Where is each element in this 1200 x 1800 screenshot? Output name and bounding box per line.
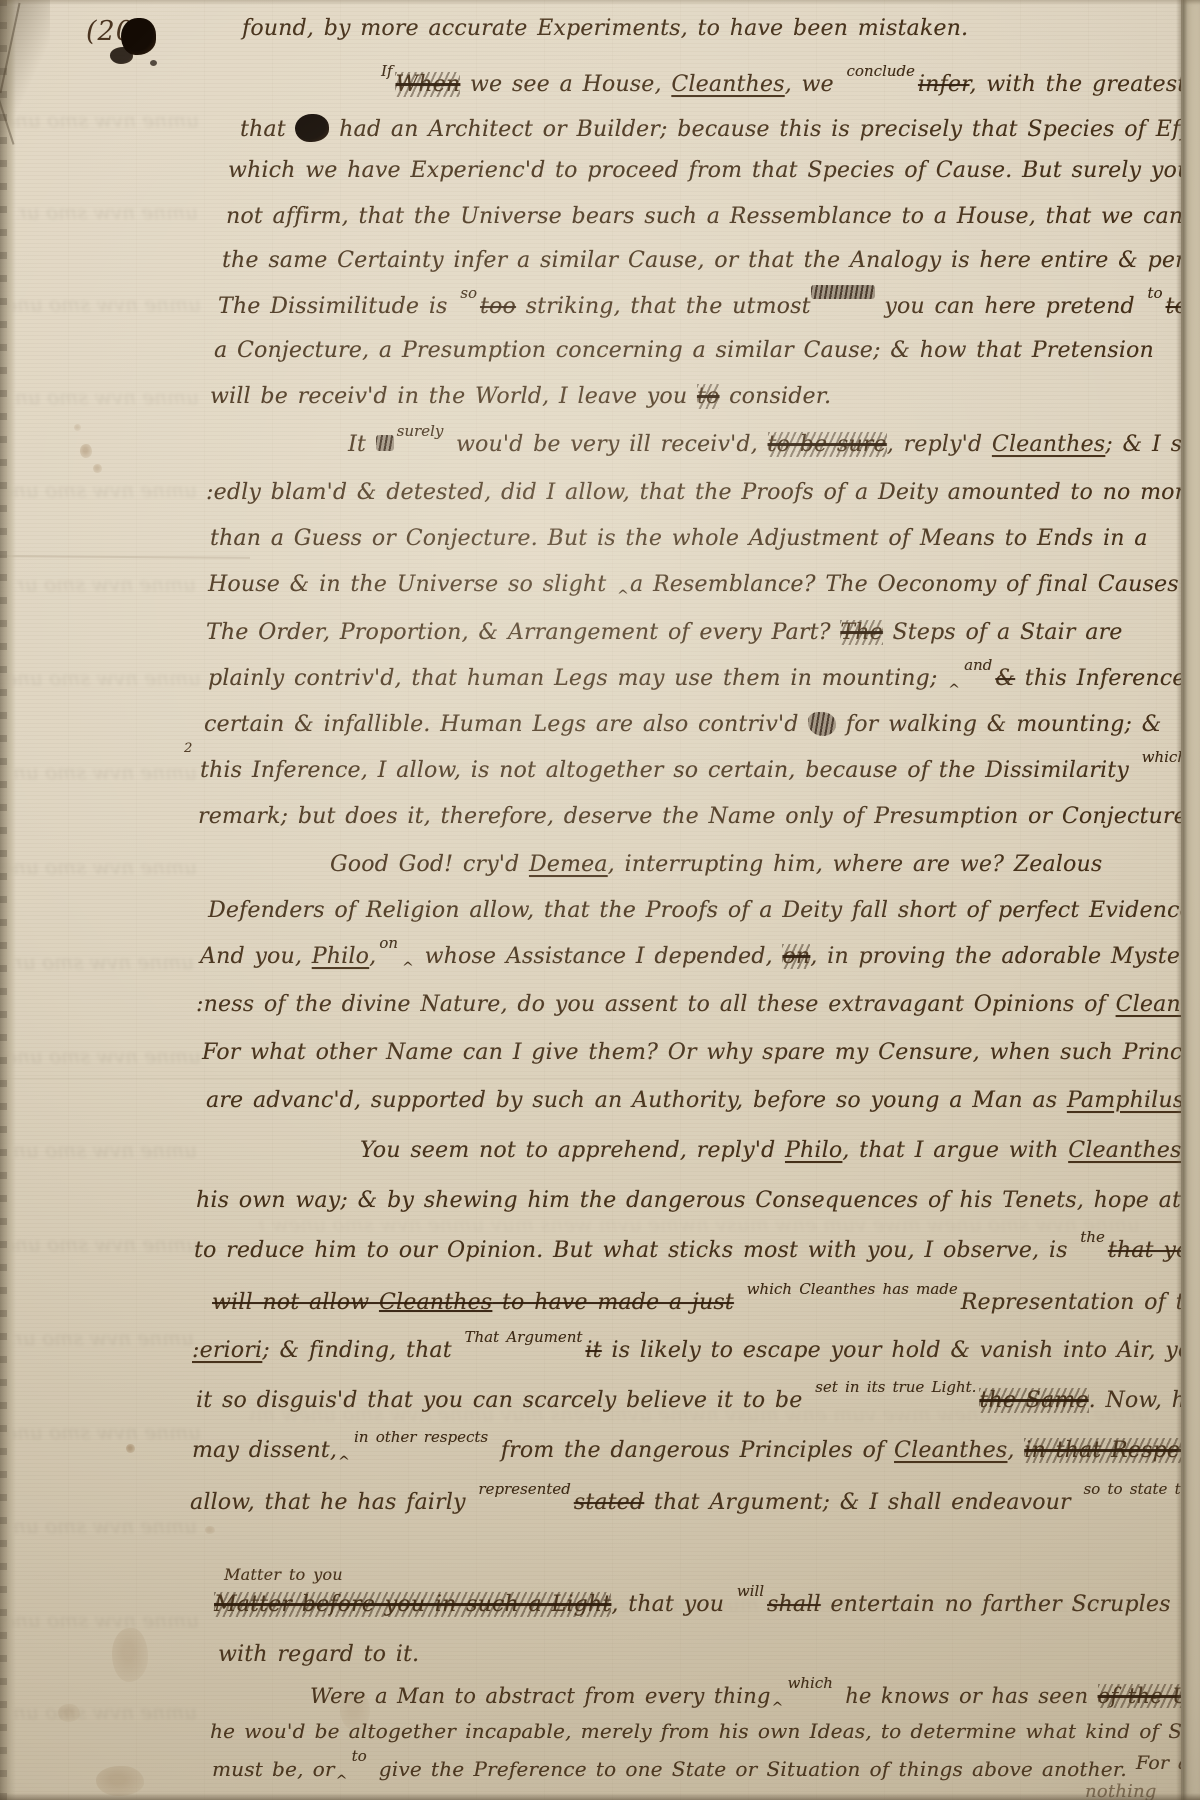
text-segment: The Order, Proportion, & Arrangement of …: [206, 620, 840, 645]
page-top-edge: [0, 0, 1200, 5]
struck-text: shall: [767, 1592, 821, 1617]
text-line: not affirm, that the Universe bears such…: [226, 204, 1200, 229]
interlinear-insertion: so: [460, 284, 477, 302]
text-segment: Defenders of Religion allow, that the Pr…: [208, 898, 1200, 923]
text-segment: For what other Name can I give them? Or …: [202, 1040, 1200, 1065]
text-line: Matter to you: [224, 1566, 343, 1584]
text-segment: that: [240, 117, 295, 142]
manuscript-page: umne nvw smo unew mwe vum enw musv nwme …: [0, 0, 1200, 1800]
text-line: Matter before you in such a Light, that …: [214, 1592, 1171, 1617]
text-line: that had an Architect or Builder; becaus…: [240, 114, 1200, 142]
ink-scribble: [808, 712, 836, 736]
text-segment: It: [348, 432, 376, 457]
struck-text: the Same: [979, 1388, 1088, 1413]
text-segment: :ness of the divine Nature, do you assen…: [196, 992, 1116, 1017]
text-segment: House & in the Universe so slight: [208, 572, 616, 597]
interlinear-insertion: conclude: [846, 62, 914, 80]
struck-text: infer: [918, 72, 969, 97]
text-line: The Dissimilitude is sotoo striking, tha…: [218, 294, 1200, 319]
interlinear-insertion: represented: [478, 1480, 570, 1498]
text-line: will be receiv'd in the World, I leave y…: [210, 384, 831, 409]
text-segment: , we: [785, 72, 844, 97]
text-line: this Inference, I allow, is not altogeth…: [200, 758, 1200, 783]
text-segment: wou'd be very ill receiv'd,: [446, 432, 767, 457]
text-segment: whose Assistance I depended,: [415, 944, 783, 969]
underlined-name: Cleanthes: [894, 1438, 1007, 1463]
page-bottom-edge: [0, 1793, 1200, 1800]
text-segment: to reduce him to our Opinion. But what s…: [194, 1238, 1077, 1263]
text-segment: his own way; & by shewing him the danger…: [196, 1188, 1200, 1213]
text-segment: [734, 1290, 744, 1315]
torn-left-edge-texture: [0, 0, 7, 1800]
manuscript-text: found, by more accurate Experiments, to …: [0, 0, 1200, 1800]
underlined-name: Philo: [312, 944, 369, 969]
text-segment: for walking & mounting; &: [836, 712, 1161, 737]
corner-tear: [0, 0, 50, 135]
ink-scribble: [811, 285, 875, 299]
interlinear-insertion: to: [352, 1747, 367, 1765]
text-segment: than a Guess or Conjecture. But is the w…: [210, 526, 1148, 551]
interlinear-insertion: and: [964, 656, 992, 674]
text-line: And you, Philo,on^ whose Assistance I de…: [200, 944, 1200, 969]
text-segment: he knows or has seen: [836, 1684, 1098, 1708]
text-segment: , in proving the adorable Mysterious:: [810, 944, 1200, 969]
text-segment: Steps of a Stair are: [883, 620, 1123, 645]
text-segment: certain & infallible. Human Legs are als…: [204, 712, 808, 737]
text-segment: we see a House,: [460, 72, 671, 97]
text-segment: it so disguis'd that you can scarcely be…: [196, 1388, 812, 1413]
text-segment: Representation of the Argument: [961, 1290, 1200, 1315]
text-segment: a Resemblance? The Oeconomy of final Cau…: [630, 572, 1191, 597]
text-segment: with regard to it.: [218, 1642, 419, 1667]
text-line: which we have Experienc'd to proceed fro…: [228, 158, 1200, 183]
interlinear-insertion: will: [737, 1582, 764, 1600]
struck-text: to: [697, 384, 720, 409]
struck-text: in that Respect: [1024, 1438, 1200, 1463]
text-line: found, by more accurate Experiments, to …: [242, 16, 968, 41]
text-segment: he wou'd be altogether incapable, merely…: [210, 1719, 1200, 1743]
struck-text: to have made a just: [492, 1290, 734, 1315]
text-segment: may dissent,: [192, 1438, 337, 1463]
underlined-name: Demea: [529, 852, 608, 877]
interlinear-insertion: so to state th: [1083, 1480, 1190, 1498]
text-line: than a Guess or Conjecture. But is the w…: [210, 526, 1148, 551]
struck-text: too: [480, 294, 516, 319]
text-line: he wou'd be altogether incapable, merely…: [210, 1720, 1200, 1743]
text-segment: consider.: [719, 384, 831, 409]
struck-text: When: [395, 72, 460, 97]
underlined-name: Pamphilus: [1067, 1088, 1184, 1113]
text-segment: Were a Man to abstract from every thing: [310, 1684, 771, 1708]
caret-mark: ^: [617, 588, 629, 604]
text-line: his own way; & by shewing him the danger…: [196, 1188, 1200, 1213]
text-segment: The Dissimilitude is: [218, 294, 457, 319]
text-segment: :edly blam'd & detested, did I allow, th…: [206, 480, 1199, 505]
text-line: to reduce him to our Opinion. But what s…: [194, 1238, 1200, 1263]
struck-text: to be sure: [768, 432, 887, 457]
struck-text: on: [782, 944, 810, 969]
caret-mark: ^: [338, 1454, 350, 1470]
interlinear-insertion: set in its true Light.: [815, 1378, 976, 1396]
interlinear-insertion: which Cleanthes has made: [747, 1280, 958, 1298]
text-segment: 2: [184, 741, 192, 756]
text-segment: that Argument; & I shall endeavour: [644, 1490, 1080, 1515]
caret-mark: ^: [336, 1773, 348, 1789]
text-line: may dissent,^in other respects from the …: [192, 1438, 1200, 1463]
interlinear-insertion: to: [1147, 284, 1162, 302]
text-line: :edly blam'd & detested, did I allow, th…: [206, 480, 1199, 505]
text-segment: is likely to escape your hold & vanish i…: [602, 1338, 1200, 1363]
text-segment: entertain no farther Scruples: [821, 1592, 1171, 1617]
text-segment: give the Preference to one State or Situ…: [370, 1757, 1136, 1781]
underlined-name: :eriori: [192, 1338, 262, 1363]
text-line: will not allow Cleanthes to have made a …: [212, 1290, 1200, 1315]
underlined-name: Cleanthes: [992, 432, 1105, 457]
text-segment: ,: [1007, 1438, 1024, 1463]
ink-scribble: [376, 435, 394, 451]
text-line: Were a Man to abstract from every thing^…: [310, 1684, 1200, 1708]
text-line: Defenders of Religion allow, that the Pr…: [208, 898, 1200, 923]
text-segment: , reply'd: [887, 432, 992, 457]
text-line: allow, that he has fairly representedsta…: [190, 1490, 1200, 1515]
text-line: :ness of the divine Nature, do you assen…: [196, 992, 1200, 1017]
struck-text: &: [995, 666, 1015, 691]
text-line: For what other Name can I give them? Or …: [202, 1040, 1200, 1065]
text-segment: must be, or: [212, 1757, 335, 1781]
text-segment: from the dangerous Principles of: [491, 1438, 894, 1463]
interlinear-insertion: If: [381, 62, 392, 80]
caret-mark: ^: [948, 682, 960, 698]
text-segment: not affirm, that the Universe bears such…: [226, 204, 1200, 229]
text-segment: ,: [369, 944, 376, 969]
text-line: It surely wou'd be very ill receiv'd, to…: [348, 432, 1200, 457]
struck-text: stated: [574, 1490, 644, 1515]
text-line: :eriori; & finding, that That Argumentit…: [192, 1338, 1200, 1363]
text-segment: will be receiv'd in the World, I leave y…: [210, 384, 697, 409]
text-segment: this Inference is: [1015, 666, 1200, 691]
text-segment: had an Architect or Builder; because thi…: [329, 117, 1200, 142]
underlined-name: Cleanthes: [1068, 1138, 1181, 1163]
text-line: remark; but does it, therefore, deserve …: [198, 804, 1199, 829]
text-segment: , with the greatest Certainty,: [969, 72, 1200, 97]
text-line: a Conjecture, a Presumption concerning a…: [214, 338, 1154, 363]
text-line: The Order, Proportion, & Arrangement of …: [206, 620, 1123, 645]
text-segment: remark; but does it, therefore, deserve …: [198, 804, 1199, 829]
text-line: with regard to it.: [218, 1642, 419, 1667]
interlinear-insertion: the: [1080, 1228, 1105, 1246]
text-segment: you can here pretend: [875, 294, 1145, 319]
text-line: IfWhen we see a House, Cleanthes, we con…: [378, 72, 1200, 97]
text-segment: , that you: [611, 1592, 733, 1617]
underlined-name: Cleanthes: [671, 72, 784, 97]
interlinear-insertion: in other respects: [354, 1428, 488, 1446]
text-line: certain & infallible. Human Legs are als…: [204, 712, 1162, 737]
text-segment: And you,: [200, 944, 312, 969]
struck-text: will not allow: [212, 1290, 379, 1315]
text-segment: You seem not to apprehend, reply'd: [360, 1138, 785, 1163]
text-line: Good God! cry'd Demea, interrupting him,…: [330, 852, 1102, 877]
caret-mark: ^: [772, 1700, 784, 1716]
text-line: are advanc'd, supported by such an Autho…: [206, 1088, 1196, 1113]
struck-text: The: [840, 620, 882, 645]
text-segment: are advanc'd, supported by such an Autho…: [206, 1088, 1067, 1113]
interlinear-insertion: which: [787, 1674, 832, 1692]
text-line: You seem not to apprehend, reply'd Philo…: [360, 1138, 1200, 1163]
text-segment: the same Certainty infer a similar Cause…: [222, 248, 1200, 273]
text-segment: which we have Experienc'd to proceed fro…: [228, 158, 1200, 183]
text-segment: ; & finding, that: [262, 1338, 461, 1363]
text-segment: , interrupting him, where are we? Zealou…: [608, 852, 1103, 877]
interlinear-insertion: That Argument: [464, 1328, 582, 1346]
adjacent-page-edge: [1181, 0, 1200, 1800]
text-segment: striking, that the utmost: [516, 294, 811, 319]
ink-blot-over-word: [295, 114, 329, 142]
text-segment: a Conjecture, a Presumption concerning a…: [214, 338, 1154, 363]
text-line: must be, or^to give the Preference to on…: [212, 1758, 1199, 1782]
text-segment: found, by more accurate Experiments, to …: [242, 16, 968, 41]
interlinear-insertion: surely: [397, 422, 444, 440]
text-line: 2: [184, 742, 192, 757]
text-segment: allow, that he has fairly: [190, 1490, 475, 1515]
underlined-name: Philo: [785, 1138, 842, 1163]
text-line: House & in the Universe so slight ^a Res…: [208, 572, 1191, 597]
struck-text: Cleanthes: [379, 1290, 492, 1315]
text-segment: , that I argue with: [842, 1138, 1068, 1163]
text-line: plainly contriv'd, that human Legs may u…: [208, 666, 1200, 691]
struck-text: Matter before you in such a Light: [214, 1592, 611, 1617]
text-segment: plainly contriv'd, that human Legs may u…: [208, 666, 947, 691]
text-segment: this Inference, I allow, is not altogeth…: [200, 758, 1139, 783]
text-line: it so disguis'd that you can scarcely be…: [196, 1388, 1200, 1413]
interlinear-insertion: on: [379, 934, 398, 952]
text-line: the same Certainty infer a similar Cause…: [222, 248, 1200, 273]
text-segment: Matter to you: [224, 1565, 343, 1584]
text-segment: Good God! cry'd: [330, 852, 529, 877]
struck-text: it: [585, 1338, 601, 1363]
caret-mark: ^: [402, 960, 414, 976]
